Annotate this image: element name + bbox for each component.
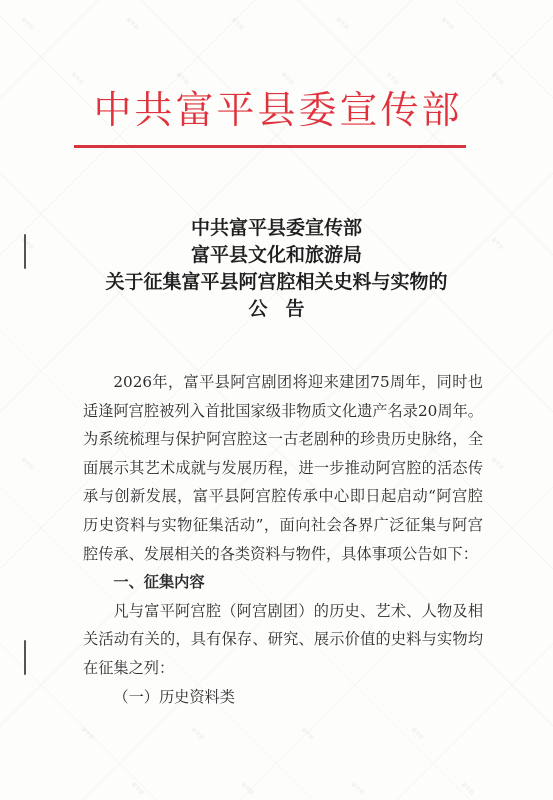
watermark-text: 富平县 [490, 71, 506, 87]
watermark-text: 富平县 [175, 71, 191, 87]
subsection-heading: （一）历史资料类 [83, 683, 483, 712]
watermark-text: 富平县 [230, 16, 246, 32]
watermark-text: 富平县 [70, 71, 86, 87]
document-title: 中共富平县委宣传部 富平县文化和旅游局 关于征集富平县阿宫腔相关史料与实物的 公… [0, 215, 553, 323]
title-issuer-2: 富平县文化和旅游局 [0, 242, 553, 269]
title-subject: 关于征集富平县阿宫腔相关史料与实物的 [0, 269, 553, 296]
watermark-text: 富平县 [410, 726, 426, 742]
letterhead-divider [74, 145, 466, 148]
watermark-text: 富平县 [240, 781, 256, 797]
binding-mark [24, 640, 26, 675]
watermark-text: 富平县 [440, 16, 456, 32]
section-paragraph: 凡与富平阿宫腔（阿宫剧团）的历史、艺术、人物及相关活动有关的，具有保存、研究、展… [83, 597, 483, 683]
watermark-text: 富平县 [335, 16, 351, 32]
watermark-text: 富平县 [280, 71, 296, 87]
title-doc-type: 公告 [0, 296, 553, 323]
watermark-text: 富平县 [300, 726, 316, 742]
intro-paragraph: 2026年，富平县阿宫剧团将迎来建团75周年，同时也适逢阿宫腔被列入首批国家级非… [83, 368, 483, 568]
watermark-text: 富平县 [490, 456, 506, 472]
watermark-text: 富平县 [20, 456, 36, 472]
watermark-text: 富平县 [20, 16, 36, 32]
title-issuer-1: 中共富平县委宣传部 [0, 215, 553, 242]
watermark-text: 富平县 [80, 726, 96, 742]
watermark-text: 富平县 [190, 726, 206, 742]
watermark-text: 富平县 [460, 781, 476, 797]
document-body: 2026年，富平县阿宫剧团将迎来建团75周年，同时也适逢阿宫腔被列入首批国家级非… [83, 368, 483, 711]
watermark-text: 富平县 [130, 781, 146, 797]
letterhead-title: 中共富平县委宣传部 [90, 88, 466, 132]
section-heading: 一、征集内容 [83, 568, 483, 597]
watermark-text: 富平县 [125, 16, 141, 32]
watermark-text: 富平县 [385, 71, 401, 87]
watermark-text: 富平县 [350, 781, 366, 797]
